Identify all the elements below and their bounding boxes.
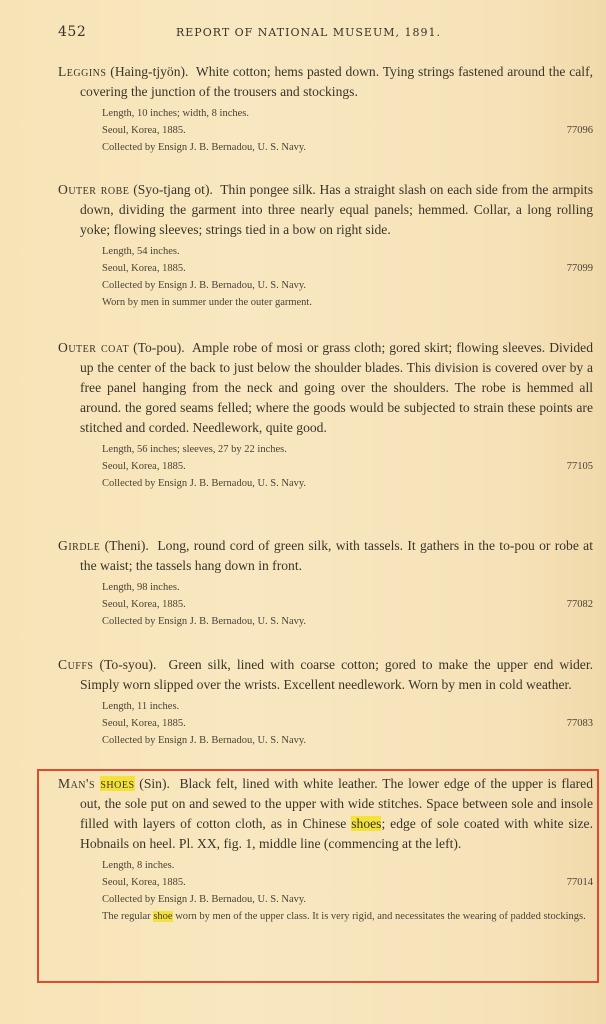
catalog-entry-mans-shoes[interactable]: Man's shoes (Sin). Black felt, lined wit… [58, 774, 593, 925]
entry-dimensions: Length, 54 inches. [102, 243, 593, 260]
entry-native-name: (To-pou). [133, 340, 185, 355]
entry-meta: Length, 10 inches; width, 8 inches. Seou… [58, 105, 593, 156]
entry-collector: Collected by Ensign J. B. Bernadou, U. S… [102, 891, 593, 908]
catalog-number: 77099 [567, 260, 593, 277]
entry-note: Worn by men in summer under the outer ga… [102, 294, 593, 311]
document-page: 452 REPORT OF NATIONAL MUSEUM, 1891. Leg… [0, 0, 606, 1024]
entry-native-name: (To-syou). [100, 657, 157, 672]
catalog-number: 77082 [567, 596, 593, 613]
entry-native-name: (Sin). [139, 776, 170, 791]
entry-native-name: (Haing-tjyön). [110, 64, 188, 79]
entry-collector: Collected by Ensign J. B. Bernadou, U. S… [102, 277, 593, 294]
entry-dimensions: Length, 98 inches. [102, 579, 593, 596]
running-title: REPORT OF NATIONAL MUSEUM, 1891. [176, 26, 441, 39]
entry-native-name: (Theni). [105, 538, 149, 553]
catalog-entry-girdle: Girdle (Theni). Long, round cord of gree… [58, 536, 593, 630]
entry-meta: Length, 54 inches. Seoul, Korea, 1885.77… [58, 243, 593, 311]
entry-meta: Length, 56 inches; sleeves, 27 by 22 inc… [58, 441, 593, 492]
entry-meta: Length, 11 inches. Seoul, Korea, 1885.77… [58, 698, 593, 749]
page-header: 452 REPORT OF NATIONAL MUSEUM, 1891. [58, 24, 593, 44]
page-number: 452 [58, 24, 86, 40]
catalog-number: 77014 [567, 874, 593, 891]
catalog-entry-leggins: Leggins (Haing-tjyön). White cotton; hem… [58, 62, 593, 156]
entry-description: Man's shoes (Sin). Black felt, lined wit… [58, 774, 593, 854]
search-highlight: shoes [100, 776, 134, 791]
catalog-number: 77105 [567, 458, 593, 475]
catalog-entry-outer-robe: Outer robe (Syo-tjang ot). Thin pongee s… [58, 180, 593, 311]
entry-dimensions: Length, 11 inches. [102, 698, 593, 715]
entry-term: Outer robe [58, 182, 129, 197]
entry-locality: Seoul, Korea, 1885.77014 [102, 874, 593, 891]
entry-text: Long, round cord of green silk, with tas… [80, 538, 593, 573]
search-highlight: shoes [351, 816, 381, 831]
entry-text: Green silk, lined with coarse cotton; go… [80, 657, 593, 692]
entry-term: Cuffs [58, 657, 93, 672]
entry-locality: Seoul, Korea, 1885.77105 [102, 458, 593, 475]
entry-term: Girdle [58, 538, 100, 553]
entry-locality: Seoul, Korea, 1885.77099 [102, 260, 593, 277]
search-highlight: shoe [153, 911, 172, 922]
entry-meta: Length, 98 inches. Seoul, Korea, 1885.77… [58, 579, 593, 630]
entry-description: Outer robe (Syo-tjang ot). Thin pongee s… [58, 180, 593, 240]
entry-dimensions: Length, 8 inches. [102, 857, 593, 874]
entry-term: Man's shoes [58, 776, 135, 791]
entry-locality: Seoul, Korea, 1885.77096 [102, 122, 593, 139]
catalog-entry-outer-coat: Outer coat (To-pou). Ample robe of mosi … [58, 338, 593, 492]
entry-term: Leggins [58, 64, 106, 79]
entry-description: Leggins (Haing-tjyön). White cotton; hem… [58, 62, 593, 102]
catalog-entry-cuffs: Cuffs (To-syou). Green silk, lined with … [58, 655, 593, 749]
entry-dimensions: Length, 56 inches; sleeves, 27 by 22 inc… [102, 441, 593, 458]
entry-note: The regular shoe worn by men of the uppe… [58, 908, 593, 925]
entry-dimensions: Length, 10 inches; width, 8 inches. [102, 105, 593, 122]
catalog-number: 77096 [567, 122, 593, 139]
entry-collector: Collected by Ensign J. B. Bernadou, U. S… [102, 613, 593, 630]
entry-collector: Collected by Ensign J. B. Bernadou, U. S… [102, 139, 593, 156]
entry-description: Girdle (Theni). Long, round cord of gree… [58, 536, 593, 576]
entry-meta: Length, 8 inches. Seoul, Korea, 1885.770… [58, 857, 593, 908]
entry-native-name: (Syo-tjang ot). [133, 182, 213, 197]
entry-locality: Seoul, Korea, 1885.77083 [102, 715, 593, 732]
catalog-number: 77083 [567, 715, 593, 732]
entry-term: Outer coat [58, 340, 129, 355]
entry-collector: Collected by Ensign J. B. Bernadou, U. S… [102, 732, 593, 749]
entry-description: Cuffs (To-syou). Green silk, lined with … [58, 655, 593, 695]
entry-locality: Seoul, Korea, 1885.77082 [102, 596, 593, 613]
entry-collector: Collected by Ensign J. B. Bernadou, U. S… [102, 475, 593, 492]
entry-description: Outer coat (To-pou). Ample robe of mosi … [58, 338, 593, 438]
